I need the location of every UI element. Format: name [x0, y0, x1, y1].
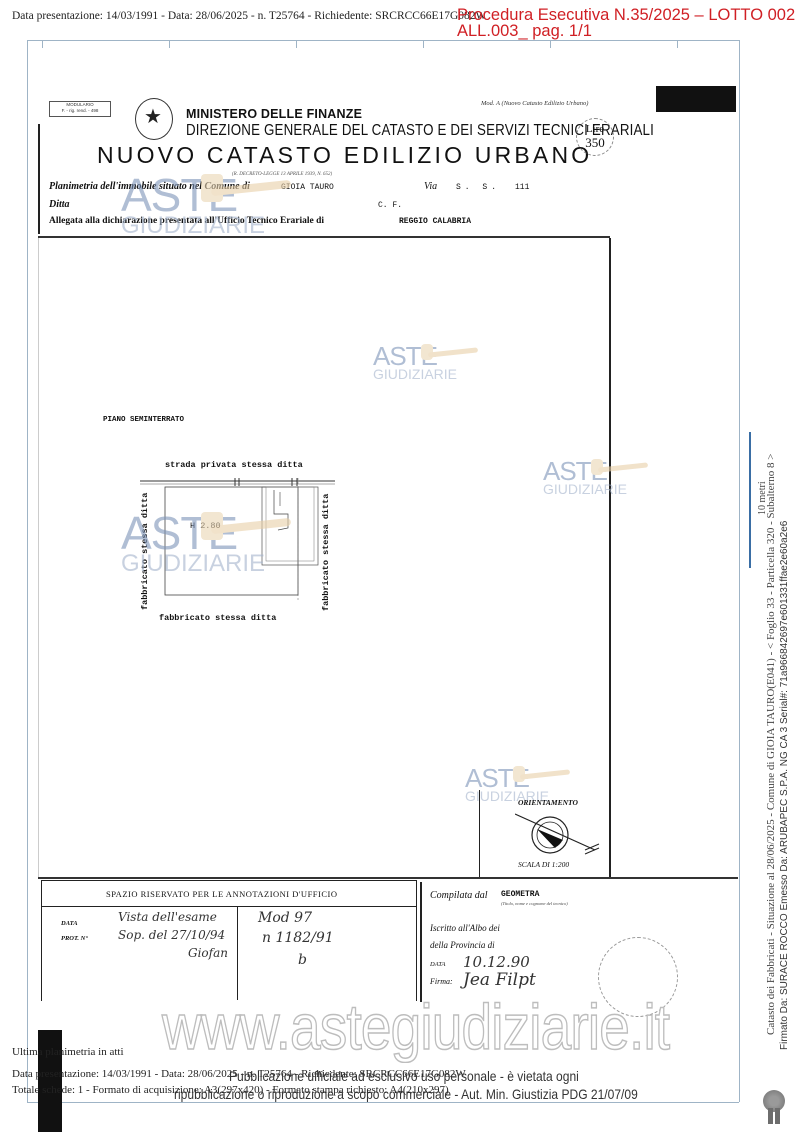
- doc-left-border: [38, 124, 40, 234]
- footer-last-plan: Ultima planimetria in atti: [12, 1046, 124, 1058]
- watermark-url: www.astegiudiziarie.it: [162, 990, 669, 1064]
- digital-signature-info: Firmato Da: SURACE ROCCO Emesso Da: ARUB…: [779, 521, 790, 1050]
- stamp-duty-value: 350: [577, 136, 613, 149]
- handwritten-note: Sop. del 27/10/94: [118, 928, 225, 942]
- handwritten-note: b: [298, 952, 307, 968]
- watermark-logo: ASTE GIUDIZIARIE: [121, 510, 265, 576]
- scale-label: SCALA DI 1:200: [518, 860, 569, 869]
- watermark-giudiziarie: GIUDIZIARIE: [121, 214, 265, 238]
- bottom-section-separator: [38, 877, 738, 879]
- floor-label: PIANO SEMINTERRATO: [103, 416, 184, 424]
- certified-ribbon-icon: [763, 1090, 785, 1112]
- firma-label: Firma:: [430, 977, 453, 986]
- model-ref: Mod. A (Nuovo Catasto Edilizio Urbano): [481, 100, 588, 107]
- catasto-info: Catasto dei Fabbricati - Situazione al 2…: [765, 454, 777, 1035]
- annotations-data-label: DATA: [61, 920, 78, 927]
- stamp-duty: Lire 350: [576, 118, 614, 156]
- watermark-logo: ASTE GIUDIZIARIE: [373, 343, 457, 381]
- frame-tick: [677, 40, 678, 48]
- submission-header: Data presentazione: 14/03/1991 - Data: 2…: [12, 10, 486, 22]
- allegato-line: ALL.003_ pag. 1/1: [457, 23, 795, 39]
- cf-label: C. F.: [378, 201, 402, 210]
- compilata-label: Compilata dal: [430, 890, 488, 901]
- plan-top-label: strada privata stessa ditta: [165, 460, 303, 470]
- annotations-prot-label: PROT. N°: [61, 935, 88, 942]
- procedure-stamp: Procedura Esecutiva N.35/2025 – LOTTO 00…: [457, 7, 795, 39]
- iscritto-label: Iscritto all'Albo dei: [430, 923, 500, 933]
- frame-tick: [169, 40, 170, 48]
- compilata-hint: (Titolo, nome e cognome del tecnico): [501, 901, 568, 906]
- via-value: S. S.: [456, 183, 500, 192]
- watermark-giudiziarie: GIUDIZIARIE: [373, 367, 457, 381]
- publication-notice-line1: Pubblicazione ufficiale ad esclusivo uso…: [229, 1068, 579, 1084]
- frame-tick: [42, 40, 43, 48]
- plan-bottom-label: fabbricato stessa ditta: [159, 613, 276, 623]
- ditta-label: Ditta: [49, 199, 70, 210]
- compiler-data-label: DATA: [430, 961, 446, 968]
- modulario-box: MODULARIO F. - rig. rend. - 498: [49, 101, 111, 117]
- doc-left-border-faint: [38, 238, 39, 878]
- frame-bottom: [27, 1102, 739, 1103]
- provincia-label: della Provincia di: [430, 940, 495, 950]
- watermark-giudiziarie: GIUDIZIARIE: [121, 552, 265, 576]
- publication-notice-line2: ripubblicazione o riproduzione a scopo c…: [174, 1086, 638, 1102]
- doc-right-border: [609, 238, 611, 878]
- ufficio-value: REGGIO CALABRIA: [399, 217, 471, 226]
- modulario-code: F. - rig. rend. - 498: [50, 108, 110, 114]
- annotations-title: SPAZIO RISERVATO PER LE ANNOTAZIONI D'UF…: [106, 889, 338, 899]
- watermark-logo: ASTE GIUDIZIARIE: [543, 458, 627, 496]
- frame-left: [27, 40, 28, 1102]
- annotations-header-line: [41, 906, 416, 907]
- scale-bar: [749, 432, 751, 568]
- compiler-signature: Jea Filpt: [463, 970, 536, 990]
- handwritten-note: Giofan: [188, 946, 228, 960]
- annotations-divider: [237, 906, 238, 1000]
- frame-right: [739, 40, 740, 1102]
- handwritten-note: Vista dell'esame: [118, 910, 217, 924]
- compiler-left-border: [420, 882, 422, 1002]
- handwritten-note: n 1182/91: [262, 930, 334, 946]
- watermark-logo: ASTE GIUDIZIARIE: [121, 172, 265, 238]
- compilata-value: GEOMETRA: [501, 890, 539, 899]
- document-title: NUOVO CATASTO EDILIZIO URBANO: [97, 142, 592, 169]
- ministry-name: MINISTERO DELLE FINANZE: [186, 107, 362, 121]
- frame-tick: [296, 40, 297, 48]
- frame-tick: [550, 40, 551, 48]
- watermark-giudiziarie: GIUDIZIARIE: [543, 482, 627, 496]
- compiler-date: 10.12.90: [463, 953, 530, 971]
- handwritten-note: Mod 97: [258, 910, 312, 926]
- redaction-bar: [656, 86, 736, 112]
- republic-emblem-icon: [135, 98, 173, 140]
- frame-tick: [423, 40, 424, 48]
- civico-value: 111: [515, 183, 529, 192]
- orientation-label: ORIENTAMENTO: [518, 798, 578, 807]
- frame-top: [27, 40, 739, 41]
- north-arrow-icon: [515, 810, 605, 860]
- procedure-line: Procedura Esecutiva N.35/2025 – LOTTO 00…: [457, 7, 795, 23]
- via-label: Via: [424, 181, 437, 192]
